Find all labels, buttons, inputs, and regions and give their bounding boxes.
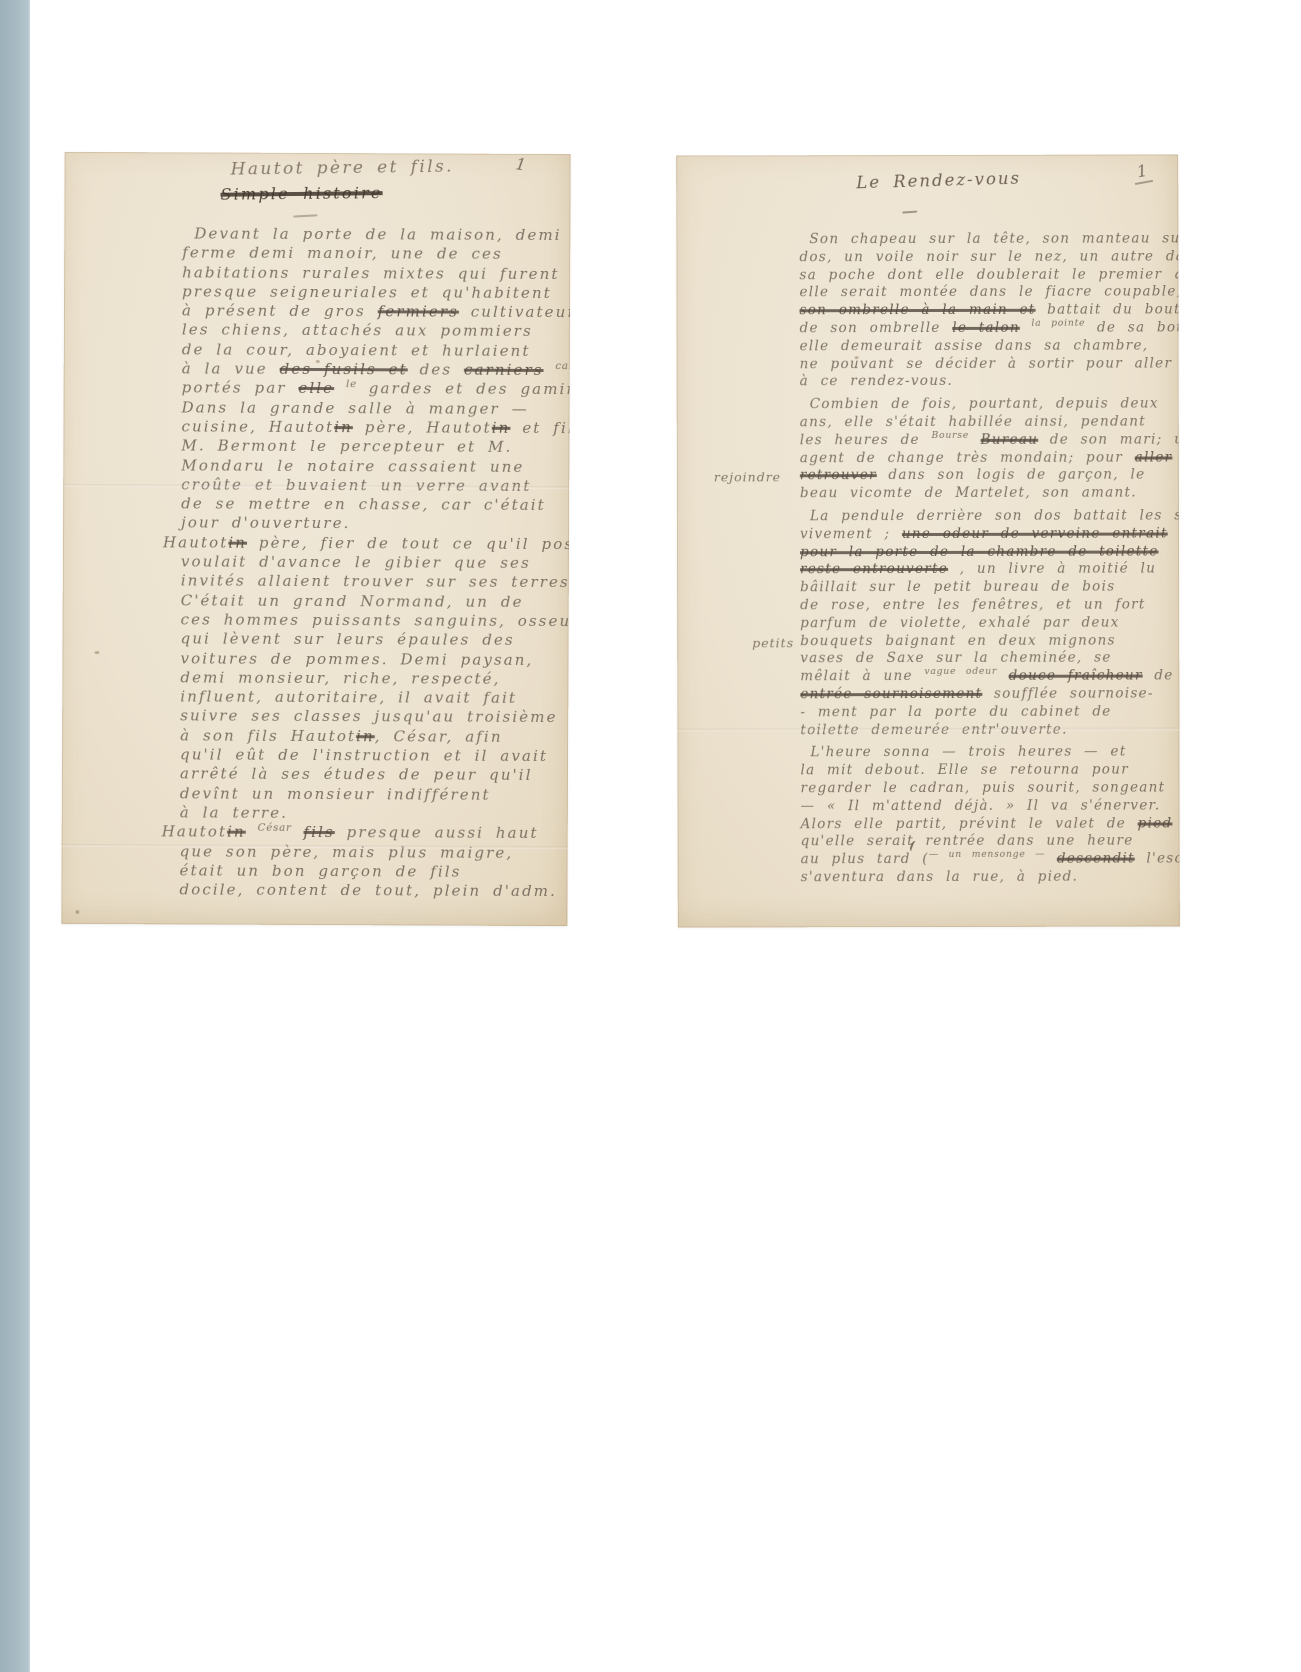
handwritten-text: regarder le cadran, puis sourit, songean… xyxy=(801,779,1166,796)
handwritten-text: s'aventura dans la rue, à pied. xyxy=(801,869,1078,886)
handwritten-text: presque aussi haut xyxy=(335,823,539,842)
manuscript-line: de rose, entre les fenêtres, et un fort xyxy=(800,596,1174,615)
struck-text: carniers xyxy=(464,361,544,379)
handwritten-text: soufflée sournoise- xyxy=(982,685,1153,701)
struck-text: in xyxy=(334,418,353,436)
handwritten-text: à la vue xyxy=(182,359,280,377)
manuscript-line: Son chapeau sur la tête, son manteau sur… xyxy=(799,230,1173,249)
manuscript-text-right: Son chapeau sur la tête, son manteau sur… xyxy=(799,230,1174,886)
handwritten-text: arrêté là ses études de peur qu'il xyxy=(180,765,533,785)
manuscript-line: dos, un voile noir sur le nez, un autre … xyxy=(799,248,1173,267)
manuscript-line: suivre ses classes jusqu'au troisième xyxy=(180,707,562,728)
manuscript-page-rendezvous: 1 Le Rendez-vous Son chapeau sur la tête… xyxy=(676,154,1180,927)
manuscript-text-left: Devant la porte de la maison, demiferme … xyxy=(179,224,564,901)
struck-text: in xyxy=(356,727,375,745)
paper-speck xyxy=(75,910,79,914)
handwritten-text: à ce rendez-vous. xyxy=(800,373,953,389)
manuscript-line: ne pouvant se décider à sortir pour alle… xyxy=(800,355,1174,374)
handwritten-text: elle demeurait assise dans sa chambre, xyxy=(800,337,1149,354)
handwritten-text: de sa bottine xyxy=(1085,319,1179,335)
handwritten-text: qu'elle serait rentrée dans une heure xyxy=(801,833,1134,850)
struck-text: pied xyxy=(1138,815,1173,831)
struck-text: elle xyxy=(298,379,334,397)
paragraph: Hautotin père, fier de tout ce qu'il pos… xyxy=(180,533,563,824)
manuscript-line: devînt un monsieur indifférent xyxy=(180,784,562,805)
handwritten-text: Devant la porte de la maison, demi xyxy=(194,224,561,244)
interlinear-insertion: César xyxy=(258,823,292,834)
handwritten-text: voitures de pommes. Demi paysan, xyxy=(180,649,533,669)
struck-text: le talon xyxy=(952,320,1020,336)
struck-text: reste entrouverte xyxy=(800,561,948,577)
manuscript-line: à la terre. xyxy=(180,803,562,824)
manuscript-line: L'heure sonna — trois heures — et xyxy=(800,744,1174,763)
manuscript-line: ces hommes puissants sanguins, osseux xyxy=(181,610,563,631)
handwritten-text: vases de Saxe sur la cheminée, se xyxy=(800,650,1111,667)
handwritten-text: bouquets baignant en deux mignons xyxy=(800,632,1116,649)
struck-text: in xyxy=(492,419,511,437)
handwritten-text: cultivateurs xyxy=(459,303,571,322)
handwritten-text: de la cour, aboyaient et hurlaient xyxy=(182,340,531,360)
manuscript-line: elle serait montée dans le fiacre coupab… xyxy=(799,284,1173,303)
manuscript-line: Mondaru le notaire cassaient une xyxy=(181,456,563,477)
handwritten-text: devînt un monsieur indifférent xyxy=(180,784,491,803)
handwritten-text: ces hommes puissants sanguins, osseux xyxy=(181,610,571,630)
scan-canvas: { "colors":{ "background":"#ffffff", "ac… xyxy=(0,0,1301,1672)
manuscript-line: La pendule derrière son dos battait les … xyxy=(800,507,1174,526)
handwritten-text: bâillait sur le petit bureau de bois xyxy=(800,579,1115,596)
handwritten-text: des xyxy=(408,360,464,378)
handwritten-text: demi monsieur, riche, respecté, xyxy=(180,668,500,687)
handwritten-text: à la terre. xyxy=(180,803,288,821)
manuscript-line: qu'il eût de l'instruction et il avait xyxy=(180,745,562,766)
handwritten-text: agent de change très mondain; pour xyxy=(800,449,1135,466)
handwritten-text xyxy=(997,668,1009,684)
interlinear-insertion: le xyxy=(346,379,357,390)
paragraph: Combien de fois, pourtant, depuis deuxan… xyxy=(800,396,1174,504)
manuscript-line: de la cour, aboyaient et hurlaient xyxy=(182,340,564,361)
handwritten-text: battait du bout xyxy=(1036,302,1180,318)
interlinear-insertion: la pointe xyxy=(1031,318,1085,329)
page-number: 1 xyxy=(1131,160,1153,185)
manuscript-line: petitsbouquets baignant en deux mignons xyxy=(800,632,1174,651)
struck-text: douce fraîcheur xyxy=(1009,668,1143,684)
manuscript-line: au plus tard (— un mensonge — descendit … xyxy=(801,851,1175,870)
handwritten-text: suivre ses classes jusqu'au troisième xyxy=(180,707,557,727)
manuscript-page-hautot: 1 Hautot père et fils. Simple histoire D… xyxy=(61,152,570,926)
handwritten-text: de rose, entre les fenêtres, et un fort xyxy=(800,596,1146,613)
handwritten-text: ne pouvant se décider à sortir pour alle… xyxy=(800,355,1173,372)
struck-text: in xyxy=(227,823,246,841)
manuscript-line: jour d'ouverture. xyxy=(181,514,563,535)
handwritten-text: père, Hautot xyxy=(353,418,492,437)
struck-text: fermiers xyxy=(378,302,459,320)
interlinear-insertion: vague odeur xyxy=(924,666,997,677)
handwritten-text xyxy=(1045,851,1057,867)
manuscript-line: que son père, mais plus maigre, xyxy=(180,842,562,863)
struck-text: fils xyxy=(303,823,334,841)
handwritten-text: père, fier de tout ce qu'il possé- xyxy=(247,533,571,553)
handwritten-text: parfum de violette, exhalé par deux xyxy=(800,614,1120,631)
paragraph: Hautotin César fils presque aussi hautqu… xyxy=(179,823,561,902)
handwritten-text: Dans la grande salle à manger — xyxy=(182,398,529,418)
handwritten-text: de se mettre en chasse, car c'était xyxy=(181,495,546,515)
page-number: 1 xyxy=(514,154,527,174)
manuscript-line: rejoindreretrouver dans son logis de gar… xyxy=(800,467,1174,486)
manuscript-line: ferme demi manoir, une de ces xyxy=(182,244,564,265)
manuscript-line: influent, autoritaire, il avait fait xyxy=(180,688,562,709)
manuscript-title: Le Rendez-vous xyxy=(856,169,1021,193)
handwritten-text: cuisine, Hautot xyxy=(181,417,334,436)
manuscript-line: était un bon garçon de fils xyxy=(180,861,562,882)
handwritten-text: M. Bermont le percepteur et M. xyxy=(181,437,512,456)
manuscript-line: vivement ; une odeur de verveine entrait xyxy=(800,525,1174,544)
handwritten-text: , César, afin xyxy=(375,727,503,746)
interlinear-insertion: — un mensonge — xyxy=(929,849,1045,860)
handwritten-text: beau vicomte de Martelet, son amant. xyxy=(800,485,1137,502)
paragraph: Son chapeau sur la tête, son manteau sur… xyxy=(799,230,1173,391)
manuscript-line: les chiens, attachés aux pommiers xyxy=(182,321,564,342)
manuscript-line: voulait d'avance le gibier que ses xyxy=(181,552,563,573)
handwritten-text: au plus tard ( xyxy=(801,851,929,867)
struck-text: une odeur de verveine entrait xyxy=(902,525,1168,542)
handwritten-text: dos, un voile noir sur le nez, un autre … xyxy=(799,248,1179,265)
handwritten-text: Mondaru le notaire cassaient une xyxy=(181,456,524,475)
handwritten-text: Hautot xyxy=(163,533,228,551)
handwritten-text: et fils, xyxy=(510,419,570,437)
manuscript-line: - ment par la porte du cabinet de xyxy=(800,703,1174,722)
manuscript-line: reste entrouverte , un livre à moitié lu xyxy=(800,561,1174,580)
handwritten-text: - ment par la porte du cabinet de xyxy=(800,703,1111,720)
manuscript-line: son ombrelle à la main et battait du bou… xyxy=(800,302,1174,321)
struck-text: retrouver xyxy=(800,467,877,483)
manuscript-line: croûte et buvaient un verre avant xyxy=(181,475,563,496)
manuscript-line: parfum de violette, exhalé par deux xyxy=(800,614,1174,633)
manuscript-line: regarder le cadran, puis sourit, songean… xyxy=(801,779,1175,798)
handwritten-text: Alors elle partit, prévint le valet de xyxy=(801,815,1138,832)
handwritten-text: ans, elle s'était habillée ainsi, pendan… xyxy=(800,414,1146,431)
manuscript-line: à la vue des fusils et des carniers carn… xyxy=(182,359,564,380)
handwritten-text: sa poche dont elle doublerait le premier… xyxy=(799,266,1179,283)
title-underline xyxy=(902,211,917,214)
manuscript-line: toilette demeurée entr'ouverte. xyxy=(800,721,1174,740)
handwritten-text: qu'il eût de l'instruction et il avait xyxy=(180,745,548,765)
manuscript-line: docile, content de tout, plein d'adm. xyxy=(179,881,561,902)
handwritten-text: voulait d'avance le gibier que ses xyxy=(181,552,531,572)
manuscript-line: entrée sournoisement soufflée sournoise- xyxy=(800,685,1174,704)
manuscript-line: Hautotin César fils presque aussi haut xyxy=(162,823,562,844)
manuscript-line: à ce rendez-vous. xyxy=(800,373,1174,392)
handwritten-text: était un bon garçon de fils xyxy=(180,861,462,880)
handwritten-text: elle serait montée dans le fiacre coupab… xyxy=(799,284,1179,301)
handwritten-text: qui lèvent sur leurs épaules des xyxy=(181,630,515,649)
manuscript-line: bâillait sur le petit bureau de bois xyxy=(800,579,1174,598)
handwritten-text: vivement ; xyxy=(800,526,902,542)
handwritten-text: invités allaient trouver sur ses terres. xyxy=(181,572,571,592)
manuscript-line: de son ombrelle le talon la pointe de sa… xyxy=(800,319,1174,338)
handwritten-text xyxy=(1172,815,1179,831)
handwritten-text: — « Il m'attend déjà. » Il va s'énerver. xyxy=(801,797,1161,814)
handwritten-text xyxy=(1020,320,1032,336)
manuscript-line: cuisine, Hautotin père, Hautotin et fils… xyxy=(181,417,563,438)
manuscript-line: mêlait à une vague odeur douce fraîcheur… xyxy=(800,668,1174,687)
manuscript-line: Devant la porte de la maison, demi xyxy=(182,224,564,245)
handwritten-text: influent, autoritaire, il avait fait xyxy=(180,688,517,707)
handwritten-text: ferme demi manoir, une de ces xyxy=(182,244,503,263)
manuscript-line: invités allaient trouver sur ses terres. xyxy=(181,572,563,593)
margin-note: petits xyxy=(752,634,794,652)
handwritten-text: , un livre à moitié lu xyxy=(948,561,1156,577)
manuscript-line: Alors elle partit, prévint le valet de p… xyxy=(801,815,1175,834)
manuscript-line: arrêté là ses études de peur qu'il xyxy=(180,765,562,786)
handwritten-text xyxy=(334,379,346,397)
manuscript-line: la mit debout. Elle se retourna pour xyxy=(800,762,1174,781)
struck-text: descendit xyxy=(1057,851,1135,867)
handwritten-text: C'était un grand Normand, un de xyxy=(181,591,524,610)
handwritten-text: gardes et des gamins xyxy=(357,380,571,399)
handwritten-text: croûte et buvaient un verre avant xyxy=(181,475,531,495)
manuscript-line: Combien de fois, pourtant, depuis deux xyxy=(800,396,1174,415)
manuscript-line: C'était un grand Normand, un de xyxy=(181,591,563,612)
handwritten-text: Hautot xyxy=(162,823,227,841)
paper-speck xyxy=(94,651,99,654)
handwritten-text: à présent de gros xyxy=(182,302,378,321)
handwritten-text: Combien de fois, pourtant, depuis deux xyxy=(810,396,1159,413)
struck-text: pour la porte de la chambre de toilette xyxy=(800,543,1159,560)
manuscript-line: presque seigneuriales et qu'habitent xyxy=(182,282,564,303)
manuscript-line: voitures de pommes. Demi paysan, xyxy=(180,649,562,670)
manuscript-line: de se mettre en chasse, car c'était xyxy=(181,495,563,516)
manuscript-line: s'aventura dans la rue, à pied. xyxy=(801,868,1175,887)
handwritten-text: à son fils Hautot xyxy=(180,726,356,745)
crossed-out-subtitle: Simple histoire xyxy=(220,183,382,204)
handwritten-text: de verveine xyxy=(1143,667,1180,683)
manuscript-line: — « Il m'attend déjà. » Il va s'énerver. xyxy=(801,797,1175,816)
manuscript-line: qui lèvent sur leurs épaules des xyxy=(181,630,563,651)
struck-text: des fusils et xyxy=(280,360,408,379)
handwritten-text: Son chapeau sur la tête, son manteau sur… xyxy=(809,230,1179,247)
handwritten-text: L'heure sonna — trois heures — et xyxy=(810,744,1126,761)
margin-note: rejoindre xyxy=(714,469,781,487)
manuscript-line: M. Bermont le percepteur et M. xyxy=(181,437,563,458)
struck-text: son ombrelle à la main et xyxy=(800,302,1036,318)
struck-text: in xyxy=(228,533,247,551)
handwritten-text: La pendule derrière son dos battait les … xyxy=(810,507,1180,524)
handwritten-text: toilette demeurée entr'ouverte. xyxy=(800,721,1067,738)
handwritten-text: que son père, mais plus maigre, xyxy=(180,842,514,861)
handwritten-text: de son ombrelle xyxy=(800,320,953,336)
manuscript-line: ans, elle s'était habillée ainsi, pendan… xyxy=(800,413,1174,432)
manuscript-line: pour la porte de la chambre de toilette xyxy=(800,543,1174,562)
handwritten-text: l'escalier et xyxy=(1135,850,1180,866)
left-accent-bar xyxy=(0,0,30,1672)
handwritten-text: jour d'ouverture. xyxy=(181,514,351,533)
handwritten-text xyxy=(246,823,258,841)
manuscript-line: elle demeurait assise dans sa chambre, xyxy=(800,337,1174,356)
manuscript-line: habitations rurales mixtes qui furent xyxy=(182,263,564,284)
paragraph: L'heure sonna — trois heures — etla mit … xyxy=(800,744,1174,887)
struck-text: Bureau xyxy=(981,432,1039,448)
title-dash xyxy=(293,214,317,217)
manuscript-line: à son fils Hautotin, César, afin xyxy=(180,726,562,747)
manuscript-line: Hautotin père, fier de tout ce qu'il pos… xyxy=(163,533,563,554)
struck-text: entrée sournoisement xyxy=(800,686,982,702)
manuscript-line: les heures de Bourse Bureau de son mari;… xyxy=(800,431,1174,450)
manuscript-line: portés par elle le gardes et des gamins xyxy=(182,379,564,400)
manuscript-line: sa poche dont elle doublerait le premier… xyxy=(799,266,1173,285)
manuscript-line: à présent de gros fermiers cultivateurs xyxy=(182,302,564,323)
paragraph: La pendule derrière son dos battait les … xyxy=(800,507,1174,739)
handwritten-text xyxy=(543,361,555,379)
handwritten-text: de son mari; un xyxy=(1038,431,1180,447)
handwritten-text: presque seigneuriales et qu'habitent xyxy=(182,282,552,302)
struck-text: aller xyxy=(1135,449,1173,465)
manuscript-line: demi monsieur, riche, respecté, xyxy=(180,668,562,689)
handwritten-text: dans son logis de garçon, le xyxy=(877,467,1146,484)
manuscript-line: Dans la grande salle à manger — xyxy=(182,398,564,419)
handwritten-text: les chiens, attachés aux pommiers xyxy=(182,321,533,341)
manuscript-line: agent de change très mondain; pour aller xyxy=(800,449,1174,468)
manuscript-title: Hautot père et fils. xyxy=(230,157,454,180)
manuscript-line: beau vicomte de Martelet, son amant. xyxy=(800,485,1174,504)
handwritten-text: la mit debout. Elle se retourna pour xyxy=(800,762,1129,779)
interlinear-insertion: Bourse xyxy=(931,430,969,441)
handwritten-text: mêlait à une xyxy=(800,668,924,684)
handwritten-text: docile, content de tout, plein d'adm. xyxy=(179,881,557,901)
handwritten-text: les heures de xyxy=(800,432,932,448)
handwritten-text xyxy=(969,432,981,448)
interlinear-insertion: carnassières xyxy=(555,361,570,372)
handwritten-text: habitations rurales mixtes qui furent xyxy=(182,263,559,283)
handwritten-text xyxy=(292,823,304,841)
paragraph: Devant la porte de la maison, demiferme … xyxy=(181,224,564,534)
handwritten-text: portés par xyxy=(182,379,299,398)
